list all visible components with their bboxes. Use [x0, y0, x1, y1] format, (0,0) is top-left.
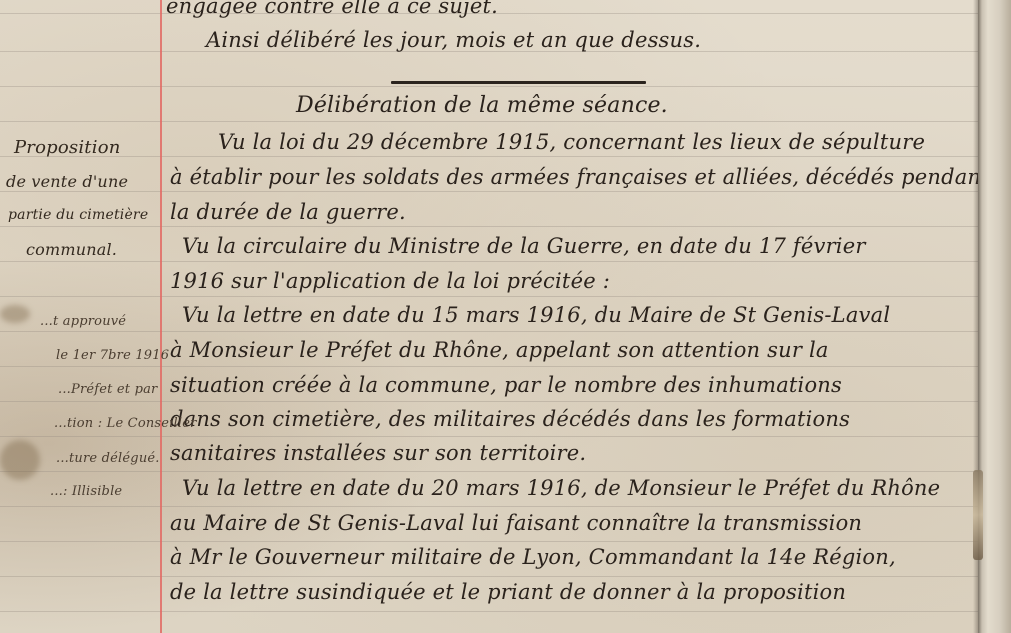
body-line: au Maire de St Genis-Laval lui faisant c…: [170, 511, 862, 535]
page-tear: [973, 470, 983, 560]
section-divider: [391, 81, 646, 84]
body-line: Vu la loi du 29 décembre 1915, concernan…: [218, 130, 925, 154]
margin-approval-line: ...t approuvé: [40, 314, 126, 329]
margin-approval-line: le 1er 7bre 1916: [56, 348, 169, 363]
paper-tear-stain: [0, 305, 30, 323]
body-line: à Monsieur le Préfet du Rhône, appelant …: [170, 338, 829, 362]
margin-subject-line: de vente d'une: [6, 172, 128, 191]
margin-rule: [160, 0, 162, 633]
preceding-line: engagée contre elle à ce sujet.: [166, 0, 498, 18]
body-line: à établir pour les soldats des armées fr…: [170, 165, 990, 189]
margin-subject-line: partie du cimetière: [8, 207, 148, 223]
register-page: engagée contre elle à ce sujet. Ainsi dé…: [0, 0, 978, 633]
body-line: situation créée à la commune, par le nom…: [170, 373, 842, 397]
body-line: Vu la lettre en date du 20 mars 1916, de…: [182, 476, 940, 500]
margin-subject-line: Proposition: [14, 137, 121, 158]
margin-approval-line: ...ture délégué.: [56, 451, 160, 466]
deliberation-heading: Délibération de la même séance.: [296, 93, 668, 118]
body-line: Vu la lettre en date du 15 mars 1916, du…: [182, 303, 890, 327]
ink-stain: [0, 440, 40, 480]
body-line: sanitaires installées sur son territoire…: [170, 441, 586, 465]
margin-subject-line: communal.: [26, 240, 117, 259]
closing-formula: Ainsi délibéré les jour, mois et an que …: [206, 28, 701, 52]
body-line: à Mr le Gouverneur militaire de Lyon, Co…: [170, 545, 896, 569]
margin-approval-line: ...tion : Le Conseiller: [54, 416, 197, 431]
margin-approval-line: ...Préfet et par: [58, 382, 157, 397]
body-line: dans son cimetière, des militaires décéd…: [170, 407, 850, 431]
body-line: 1916 sur l'application de la loi précité…: [170, 269, 610, 293]
body-line: la durée de la guerre.: [170, 200, 406, 224]
body-line: de la lettre susindiquée et le priant de…: [170, 580, 846, 604]
body-line: Vu la circulaire du Ministre de la Guerr…: [182, 234, 866, 258]
margin-approval-line: ...: Illisible: [50, 484, 122, 499]
